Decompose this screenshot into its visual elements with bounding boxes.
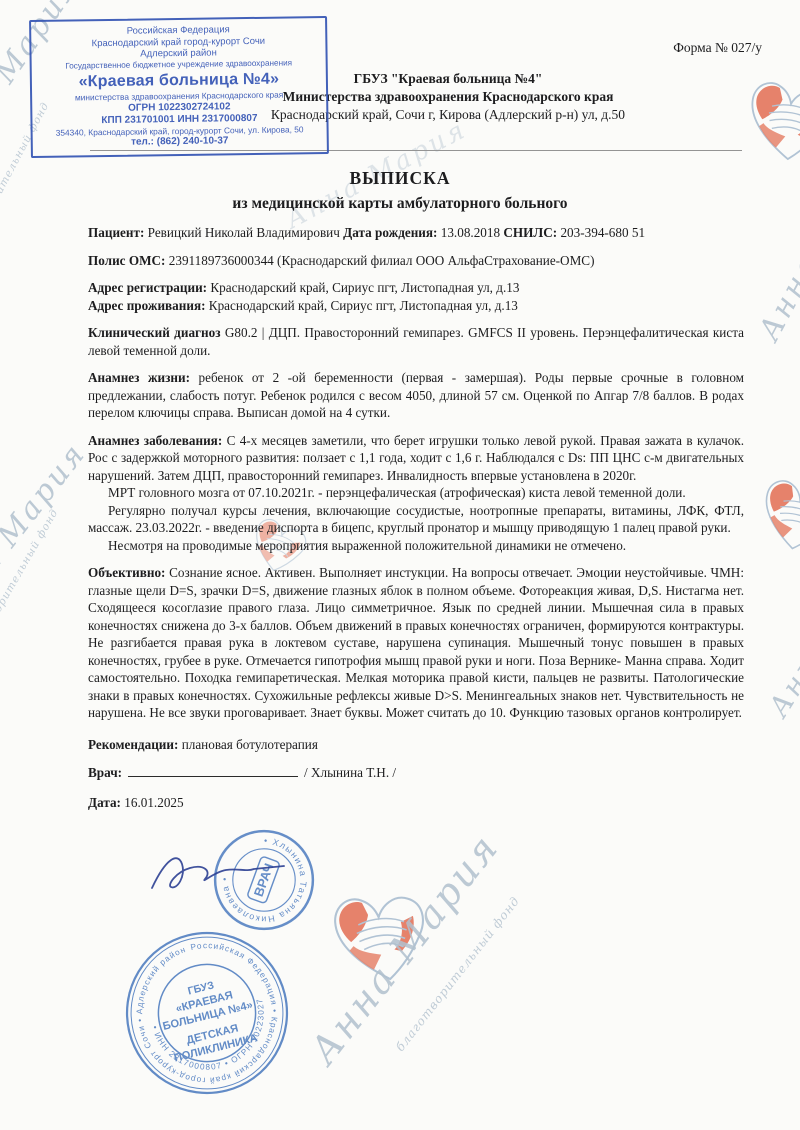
doctor-label: Врач: xyxy=(88,765,122,780)
objective-text: Сознание ясное. Активен. Выполняет инсту… xyxy=(88,565,744,720)
watermark-subtitle-bottom: благотворительный фонд xyxy=(393,894,522,1054)
clinic-round-stamp: Российская Федерация • Краснодарский кра… xyxy=(106,912,307,1113)
polis-value: 2391189736000344 (Краснодарский филиал О… xyxy=(169,253,595,268)
polis-line: Полис ОМС: 2391189736000344 (Краснодарск… xyxy=(88,252,744,270)
snils-label: СНИЛС: xyxy=(503,225,557,240)
patient-line: Пациент: Ревицкий Николай Владимирович Д… xyxy=(88,224,744,242)
recommendations-label: Рекомендации: xyxy=(88,737,178,752)
snils-value: 203-394-680 51 xyxy=(560,225,645,240)
document-title: ВЫПИСКА xyxy=(0,168,800,189)
registration-address-value: Краснодарский край, Сириус пгт, Листопад… xyxy=(210,280,519,295)
watermark-name-right-mid: Анна Мария xyxy=(762,524,800,723)
patient-name: Ревицкий Николай Владимирович xyxy=(148,225,340,240)
date-line: Дата: 16.01.2025 xyxy=(88,794,744,812)
title-block: ВЫПИСКА из медицинской карты амбулаторно… xyxy=(0,168,800,213)
document-body: Пациент: Ревицкий Николай Владимирович Д… xyxy=(88,224,744,821)
registration-address-label: Адрес регистрации: xyxy=(88,280,207,295)
letterhead-stamp: Российская Федерация Краснодарский край … xyxy=(29,16,329,158)
document-page: Анна Мария Анна Мария Анна Мария благотв… xyxy=(0,0,800,1130)
anamnesis-life: Анамнез жизни: ребенок от 2 -ой беременн… xyxy=(88,369,744,422)
watermark-heart-right-mid xyxy=(747,468,800,562)
watermark-name-right-edge: Анна Мария xyxy=(752,130,800,347)
watermark-name-left-mid: Анна Мария xyxy=(0,436,93,636)
doctor-name: / Хлынина Т.Н. / xyxy=(304,765,396,780)
objective-label: Объективно: xyxy=(88,565,165,580)
diagnosis-code: G80.2 | xyxy=(225,325,265,340)
date-label: Дата: xyxy=(88,795,121,810)
recommendations-text: плановая ботулотерапия xyxy=(182,737,318,752)
date-value: 16.01.2025 xyxy=(124,795,183,810)
objective-block: Объективно: Сознание ясное. Активен. Вып… xyxy=(88,564,744,722)
anamnesis-disease: Анамнез заболевания: С 4-х месяцев замет… xyxy=(88,432,744,485)
document-subtitle: из медицинской карты амбулаторного больн… xyxy=(0,195,800,213)
recommendations-line: Рекомендации: плановая ботулотерапия xyxy=(88,736,744,754)
doctor-signature xyxy=(146,848,296,900)
polis-label: Полис ОМС: xyxy=(88,253,165,268)
living-address-line: Адрес проживания: Краснодарский край, Си… xyxy=(88,297,744,315)
addresses-block: Адрес регистрации: Краснодарский край, С… xyxy=(88,279,744,314)
dob-label: Дата рождения: xyxy=(343,225,437,240)
signature-blank-line xyxy=(128,763,298,777)
watermark-name-bottom: Анна Мария xyxy=(301,825,508,1072)
watermark-heart-bottom xyxy=(325,884,436,989)
anamnesis-disease-label: Анамнез заболевания: xyxy=(88,433,222,448)
patient-label: Пациент: xyxy=(88,225,144,240)
doctor-line: Врач:/ Хлынина Т.Н. / xyxy=(88,763,744,782)
registration-address-line: Адрес регистрации: Краснодарский край, С… xyxy=(88,279,744,297)
form-number: Форма № 027/у xyxy=(673,40,762,56)
living-address-value: Краснодарский край, Сириус пгт, Листопад… xyxy=(209,298,518,313)
watermark-subtitle-left-mid: благотворительный фонд xyxy=(0,507,61,661)
anamnesis-disease-dynamics: Несмотря на проводимые мероприятия выраж… xyxy=(88,537,744,555)
anamnesis-life-label: Анамнез жизни: xyxy=(88,370,190,385)
anamnesis-disease-mrt: МРТ головного мозга от 07.10.2021г. - пе… xyxy=(88,484,744,502)
diagnosis-line: Клинический диагноз G80.2 | ДЦП. Правост… xyxy=(88,324,744,359)
diagnosis-label: Клинический диагноз xyxy=(88,325,221,340)
dob-value: 13.08.2018 xyxy=(441,225,500,240)
watermark-heart-top-right xyxy=(735,71,800,172)
living-address-label: Адрес проживания: xyxy=(88,298,206,313)
anamnesis-disease-treatment: Регулярно получал курсы лечения, включаю… xyxy=(88,502,744,537)
